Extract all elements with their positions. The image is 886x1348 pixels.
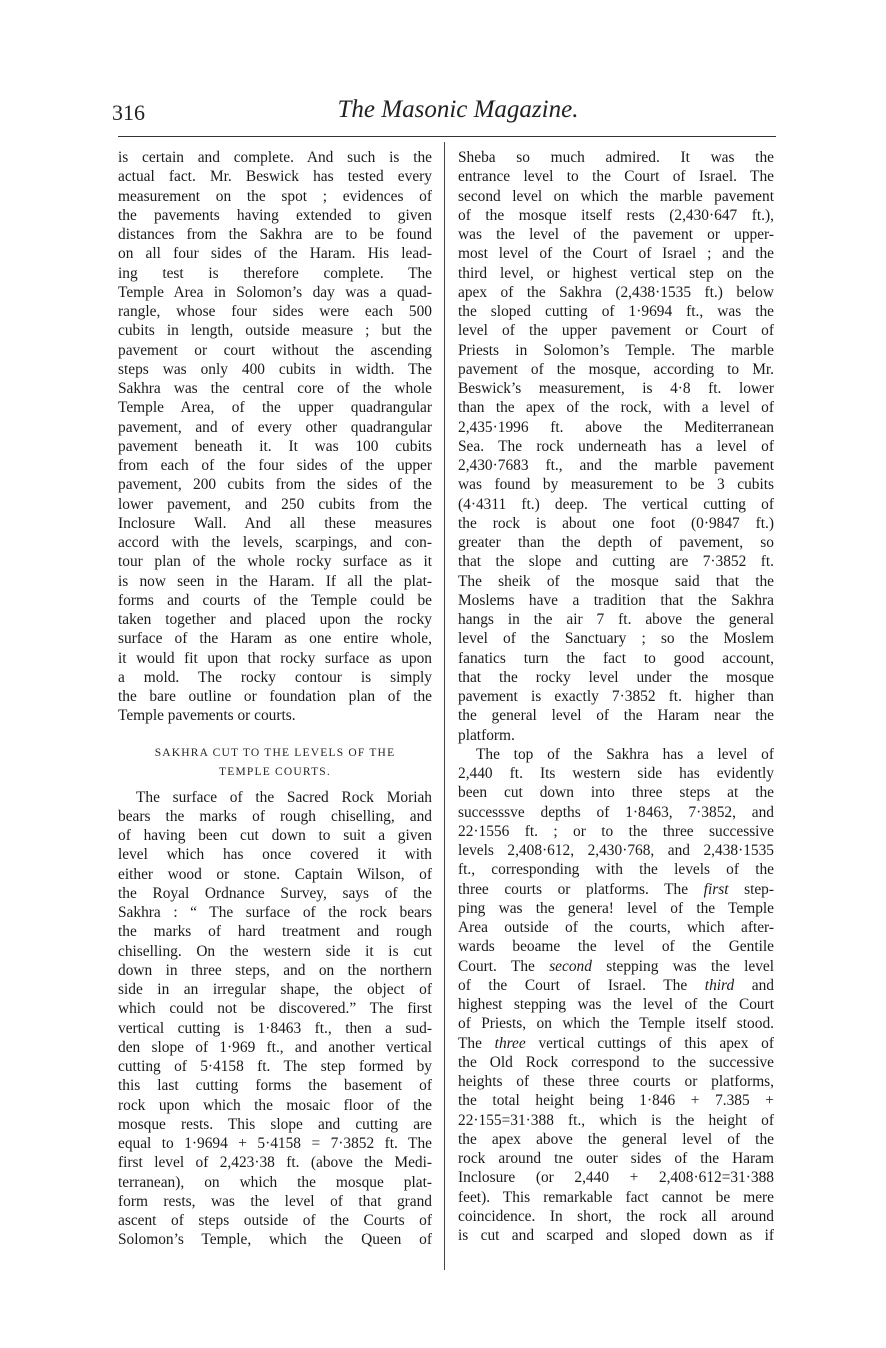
- text-line: greater than the depth of pavement, so: [458, 533, 774, 552]
- text-line: fanatics turn the fact to good account,: [458, 649, 774, 668]
- text-line: the marks of hard treatment and rough: [118, 922, 432, 941]
- text-line: equal to 1·9694 + 5·4158 = 7·3852 ft. Th…: [118, 1134, 432, 1153]
- text-line: chiselling. On the western side it is cu…: [118, 942, 432, 961]
- text-line: which could not be discovered.” The firs…: [118, 999, 432, 1018]
- text-line: 2,440 ft. Its western side has evidently: [458, 764, 774, 783]
- paragraph-sacred-rock: The surface of the Sacred Rock Moriahbea…: [118, 788, 432, 1250]
- text-line: of the Court of Israel. The third and: [458, 976, 774, 995]
- text-line: entrance level to the Court of Israel. T…: [458, 167, 774, 186]
- text-line: third level, or highest vertical step on…: [458, 264, 774, 283]
- text-line: den slope of 1·969 ft., and another vert…: [118, 1038, 432, 1057]
- text-line: The top of the Sakhra has a level of: [458, 745, 774, 764]
- text-line: a mold. The rocky contour is simply: [118, 668, 432, 687]
- text-line: taken together and placed upon the rocky: [118, 610, 432, 629]
- text-line: that the slope and cutting are 7·3852 ft…: [458, 552, 774, 571]
- paragraph-continued: is certain and complete. And such is the…: [118, 148, 432, 726]
- text-line: 22·1556 ft. ; or to the three successive: [458, 822, 774, 841]
- text-line: pavement of the mosque, according to Mr.: [458, 360, 774, 379]
- text-line: than the apex of the rock, with a level …: [458, 398, 774, 417]
- paragraph-sakhra-top: The top of the Sakhra has a level of2,44…: [458, 745, 774, 1246]
- text-line: pavement beneath it. It was 100 cubits: [118, 437, 432, 456]
- text-line: form rests, was the level of that grand: [118, 1192, 432, 1211]
- text-line: The three vertical cuttings of this apex…: [458, 1034, 774, 1053]
- text-line: Moslems have a tradition that the Sakhra: [458, 591, 774, 610]
- text-line: rock around tne outer sides of the Haram: [458, 1149, 774, 1168]
- paragraph-sheba: Sheba so much admired. It was theentranc…: [458, 148, 774, 745]
- text-line: rock upon which the mosaic floor of the: [118, 1096, 432, 1115]
- text-line: The sheik of the mosque said that the: [458, 572, 774, 591]
- emphasis-second: second: [549, 958, 592, 975]
- left-column: is certain and complete. And such is the…: [118, 148, 432, 1250]
- text-line: pavement, 200 cubits from the sides of t…: [118, 475, 432, 494]
- text-line: tour plan of the whole rocky surface as …: [118, 552, 432, 571]
- text-line: the Old Rock correspond to the successiv…: [458, 1053, 774, 1072]
- text-line: side in an irregular shape, the object o…: [118, 980, 432, 999]
- text-line: Solomon’s Temple, which the Queen of: [118, 1230, 432, 1249]
- text-line: Sea. The rock underneath has a level of: [458, 437, 774, 456]
- text-line: the Royal Ordnance Survey, says of the: [118, 884, 432, 903]
- text-line: Temple Area in Solomon’s day was a quad-: [118, 283, 432, 302]
- section-heading-line-2: TEMPLE COURTS.: [118, 763, 432, 782]
- text-line: distances from the Sakhra are to be foun…: [118, 225, 432, 244]
- text-line: actual fact. Mr. Beswick has tested ever…: [118, 167, 432, 186]
- section-heading-line-1: SAKHRA CUT TO THE LEVELS OF THE: [118, 744, 432, 763]
- text-line: the bare outline or foundation plan of t…: [118, 687, 432, 706]
- text-line: measurement on the spot ; evidences of: [118, 187, 432, 206]
- text-line: level of the upper pavement or Court of: [458, 321, 774, 340]
- text-line: terranean), on which the mosque plat-: [118, 1173, 432, 1192]
- two-column-body: is certain and complete. And such is the…: [118, 142, 778, 1272]
- text-line: pavement or court without the ascending: [118, 341, 432, 360]
- text-line: ascent of steps outside of the Courts of: [118, 1211, 432, 1230]
- text-line: that the rocky level under the mosque: [458, 668, 774, 687]
- text-line: is cut and scarped and sloped down as if: [458, 1226, 774, 1245]
- text-line: either wood or stone. Captain Wilson, of: [118, 865, 432, 884]
- text-line: first level of 2,423·38 ft. (above the M…: [118, 1153, 432, 1172]
- text-line: down in three steps, and on the northern: [118, 961, 432, 980]
- text-line: Temple pavements or courts.: [118, 706, 432, 725]
- text-line: apex of the Sakhra (2,438·1535 ft.) belo…: [458, 283, 774, 302]
- text-line: rangle, whose four sides were each 500: [118, 302, 432, 321]
- text-line: Temple Area, of the upper quadrangular: [118, 398, 432, 417]
- section-heading: SAKHRA CUT TO THE LEVELS OF THE TEMPLE C…: [118, 744, 432, 782]
- text-line: lower pavement, and 250 cubits from the: [118, 495, 432, 514]
- text-line: Inclosure (or 2,440 + 2,408·612=31·388: [458, 1168, 774, 1187]
- text-line: the pavements having extended to given: [118, 206, 432, 225]
- text-line: steps was only 400 cubits in width. The: [118, 360, 432, 379]
- right-column: Sheba so much admired. It was theentranc…: [458, 148, 774, 1245]
- text-line: hangs in the air 7 ft. above the general: [458, 610, 774, 629]
- text-line: this last cutting forms the basement of: [118, 1076, 432, 1095]
- text-line: the sloped cutting of 1·9694 ft., was th…: [458, 302, 774, 321]
- text-line: Court. The second stepping was the level: [458, 957, 774, 976]
- text-line: successsve depths of 1·8463, 7·3852, and: [458, 803, 774, 822]
- text-line: ft., corresponding with the levels of th…: [458, 860, 774, 879]
- text-line: Sheba so much admired. It was the: [458, 148, 774, 167]
- column-divider: [444, 142, 445, 1270]
- text-line: Area outside of the courts, which after-: [458, 918, 774, 937]
- text-line: been cut down into three steps at the: [458, 783, 774, 802]
- text-line: the general level of the Haram near the: [458, 706, 774, 725]
- text-line: Sakhra : “ The surface of the rock bears: [118, 903, 432, 922]
- text-line: forms and courts of the Temple could be: [118, 591, 432, 610]
- running-head: 316 The Masonic Magazine.: [112, 92, 776, 132]
- text-line: of having been cut down to suit a given: [118, 826, 432, 845]
- text-line: vertical cutting is 1·8463 ft., then a s…: [118, 1019, 432, 1038]
- text-line: was the level of the pavement or upper-: [458, 225, 774, 244]
- text-line: ing test is therefore complete. The: [118, 264, 432, 283]
- text-line: accord with the levels, scarpings, and c…: [118, 533, 432, 552]
- emphasis-first: first: [704, 881, 729, 898]
- text-line: mosque rests. This slope and cutting are: [118, 1115, 432, 1134]
- text-line: level which has once covered it with: [118, 845, 432, 864]
- text-line: most level of the Court of Israel ; and …: [458, 244, 774, 263]
- text-line: cutting of 5·4158 ft. The step formed by: [118, 1057, 432, 1076]
- text-line: Beswick’s measurement, is 4·8 ft. lower: [458, 379, 774, 398]
- text-line: was found by measurement to be 3 cubits: [458, 475, 774, 494]
- text-line: 2,430·7683 ft., and the marble pavement: [458, 456, 774, 475]
- text-line: coincidence. In short, the rock all arou…: [458, 1207, 774, 1226]
- text-line: surface of the Haram as one entire whole…: [118, 629, 432, 648]
- text-line: the rock is about one foot (0·9847 ft.): [458, 514, 774, 533]
- text-line: is certain and complete. And such is the: [118, 148, 432, 167]
- emphasis-three: three: [495, 1035, 526, 1052]
- magazine-page: 316 The Masonic Magazine. is certain and…: [0, 0, 886, 1348]
- text-line: 22·155=31·388 ft., which is the height o…: [458, 1111, 774, 1130]
- text-line: level of the Sanctuary ; so the Moslem: [458, 629, 774, 648]
- text-line: bears the marks of rough chiselling, and: [118, 807, 432, 826]
- text-line: three courts or platforms. The first ste…: [458, 880, 774, 899]
- emphasis-third: third: [705, 977, 734, 994]
- text-line: the apex above the general level of the: [458, 1130, 774, 1149]
- text-line: pavement is exactly 7·3852 ft. higher th…: [458, 687, 774, 706]
- text-line: cubits in length, outside measure ; but …: [118, 321, 432, 340]
- text-line: The surface of the Sacred Rock Moriah: [118, 788, 432, 807]
- text-line: Inclosure Wall. And all these measures: [118, 514, 432, 533]
- text-line: on all four sides of the Haram. His lead…: [118, 244, 432, 263]
- text-line: (4·4311 ft.) deep. The vertical cutting …: [458, 495, 774, 514]
- header-rule: [118, 136, 776, 137]
- text-line: of Priests, on which the Temple itself s…: [458, 1014, 774, 1033]
- text-line: wards beoame the level of the Gentile: [458, 937, 774, 956]
- text-line: 2,435·1996 ft. above the Mediterranean: [458, 418, 774, 437]
- text-line: second level on which the marble pavemen…: [458, 187, 774, 206]
- journal-title: The Masonic Magazine.: [112, 96, 776, 124]
- text-line: the total height being 1·846 + 7.385 +: [458, 1091, 774, 1110]
- text-line: highest stepping was the level of the Co…: [458, 995, 774, 1014]
- text-line: pavement, and of every other quadrangula…: [118, 418, 432, 437]
- text-line: it would fit upon that rocky surface as …: [118, 649, 432, 668]
- text-line: ping was the genera! level of the Temple: [458, 899, 774, 918]
- text-line: of the mosque itself rests (2,430·647 ft…: [458, 206, 774, 225]
- text-line: Sakhra was the central core of the whole: [118, 379, 432, 398]
- text-line: levels 2,408·612, 2,430·768, and 2,438·1…: [458, 841, 774, 860]
- text-line: is now seen in the Haram. If all the pla…: [118, 572, 432, 591]
- text-line: Priests in Solomon’s Temple. The marble: [458, 341, 774, 360]
- text-line: platform.: [458, 726, 774, 745]
- text-line: heights of these three courts or platfor…: [458, 1072, 774, 1091]
- text-line: feet). This remarkable fact cannot be me…: [458, 1188, 774, 1207]
- text-line: from each of the four sides of the upper: [118, 456, 432, 475]
